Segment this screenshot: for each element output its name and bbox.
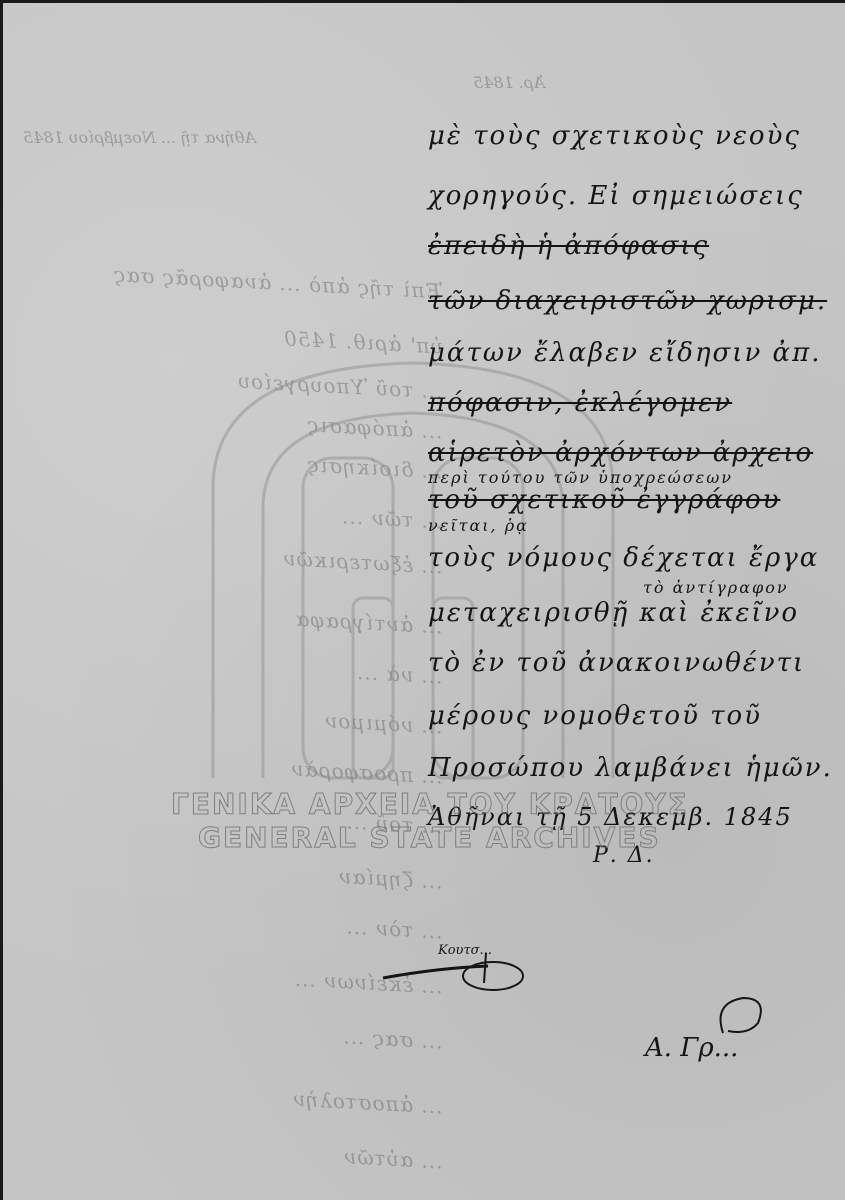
watermark-text-greek: ΓΕΝΙΚΑ ΑΡΧΕΙΑ ΤΟΥ ΚΡΑΤΟΥΣ [171,788,689,821]
struck-line: ἐπειδὴ ἡ ἀπόφασις [428,231,845,261]
bleed-header-date: Αθήνα τῇ ... Νοεμβρίου 1845 [23,128,256,147]
text-line: Προσώπου λαμβάνει ἡμῶν. [428,753,845,783]
text-line: τοὺς νόμους δέχεται ἔργα [428,543,845,573]
text-line: μὲ τοὺς σχετικοὺς νεοὺς [428,121,845,151]
text-line: μέρους νομοθετοῦ τοῦ [428,701,845,731]
watermark-text-english: GENERAL STATE ARCHIVES [198,821,661,854]
bleed-ref-number: Ἀρ. 1845 [473,73,545,92]
manuscript-page: Ἀρ. 1845 Αθήνα τῇ ... Νοεμβρίου 1845 Ἐπὶ… [3,3,845,1200]
struck-line: πόφασιν, ἐκλέγομεν [428,388,845,418]
struck-line: τοῦ σχετικοῦ ἐγγράφου [428,485,845,515]
inserted-line: τὸ ἀντίγραφον [643,578,843,597]
text-line: τὸ ἐν τοῦ ἀνακοινωθέντι [428,648,845,678]
signature-loop [703,993,773,1043]
text-line: μεταχειρισθῇ καὶ ἐκεῖνο [428,598,845,628]
text-line: μάτων ἔλαβεν εἴδησιν ἀπ. [428,338,845,368]
struck-line: αἱρετὸν ἀρχόντων ἀρχειο [428,438,845,468]
text-line: χορηγούς. Εἰ σημειώσεις [428,181,845,211]
struck-line: τῶν διαχειριστῶν χωρισμ. [428,286,845,316]
inserted-line: νεῖται, ῥᾳ [428,516,845,535]
signature-flourish [378,948,538,998]
